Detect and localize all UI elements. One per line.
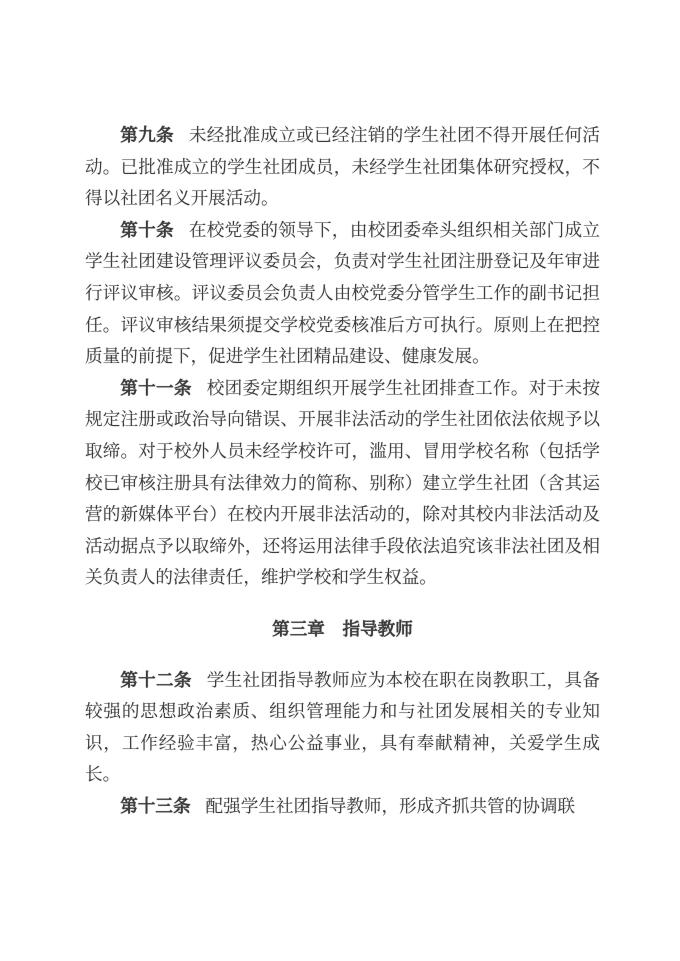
article-9-paragraph: 第九条未经批准成立或已经注销的学生社团不得开展任何活动。已批准成立的学生社团成员… [85, 120, 600, 215]
article-9-number: 第九条 [120, 125, 174, 145]
article-12-number: 第十二条 [120, 670, 192, 690]
chapter-3-heading: 第三章 指导教师 [85, 614, 600, 646]
document-content: 第九条未经批准成立或已经注销的学生社团不得开展任何活动。已批准成立的学生社团成员… [85, 120, 600, 822]
article-10-paragraph: 第十条在校党委的领导下，由校团委牵头组织相关部门成立学生社团建设管理评议委员会，… [85, 215, 600, 373]
article-11-paragraph: 第十一条校团委定期组织开展学生社团排查工作。对于未按规定注册或政治导向错误、开展… [85, 373, 600, 594]
article-11-number: 第十一条 [120, 378, 192, 398]
article-10-text: 在校党委的领导下，由校团委牵头组织相关部门成立学生社团建设管理评议委员会，负责对… [85, 220, 600, 366]
article-13-paragraph: 第十三条配强学生社团指导教师，形成齐抓共管的协调联 [85, 791, 600, 823]
article-13-text: 配强学生社团指导教师，形成齐抓共管的协调联 [206, 796, 575, 816]
article-12-paragraph: 第十二条学生社团指导教师应为本校在职在岗教职工，具备较强的思想政治素质、组织管理… [85, 665, 600, 791]
article-11-text: 校团委定期组织开展学生社团排查工作。对于未按规定注册或政治导向错误、开展非法活动… [85, 378, 600, 588]
article-13-number: 第十三条 [120, 796, 190, 816]
article-10-number: 第十条 [120, 220, 174, 240]
document-page: 第九条未经批准成立或已经注销的学生社团不得开展任何活动。已批准成立的学生社团成员… [0, 0, 680, 961]
